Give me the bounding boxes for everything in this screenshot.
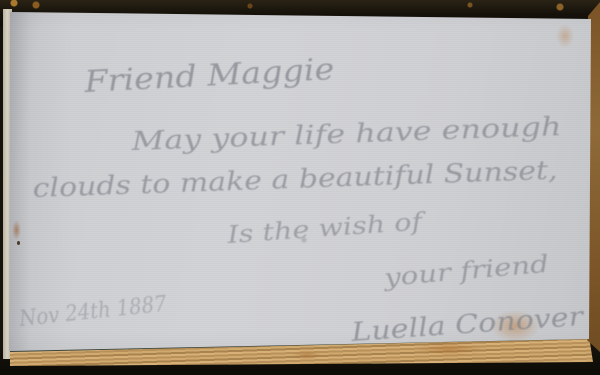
inscription-date: Nov 24th 1887 (17, 292, 168, 332)
inscription-line-salutation: Friend Maggie (82, 52, 335, 100)
inscription-line-2: May your life have enough (130, 112, 562, 157)
inscription-signature: Luella Conover (349, 302, 585, 348)
autograph-album-photo: Friend Maggie May your life have enough … (0, 0, 600, 375)
inscription-line-4: Is the wish of (225, 207, 428, 249)
inscription-line-5: your friend (382, 250, 550, 292)
inscription-line-3: clouds to make a beautiful Sunset, (32, 156, 558, 204)
handwritten-inscription: Friend Maggie May your life have enough … (0, 0, 600, 375)
